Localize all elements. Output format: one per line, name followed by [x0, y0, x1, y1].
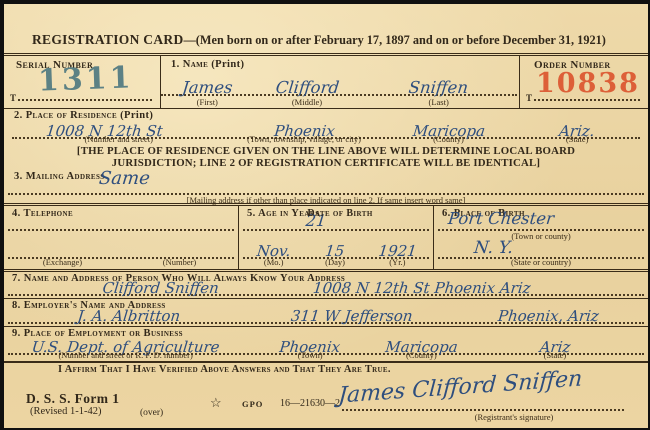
birth-state-sublabel: (State or country): [434, 257, 648, 267]
age-dotted-line: [243, 229, 429, 231]
card-title-main: REGISTRATION CARD: [32, 32, 184, 47]
order-number-cell: Order Number 10838 T: [520, 56, 648, 108]
order-number-stamp: 10838: [536, 68, 640, 99]
street-sublabel: (Number and street): [12, 134, 226, 144]
signature-dotted-line: [342, 409, 624, 411]
contact-address-value: 1008 N 12th St Phoenix Ariz: [312, 281, 644, 296]
employment-town-sublabel: (Town): [243, 350, 377, 360]
card-title: REGISTRATION CARD—(Men born on or after …: [32, 31, 606, 49]
employment-section: 9. Place of Employment or Business U.S. …: [4, 327, 648, 363]
year-sublabel: (Yr.): [366, 257, 429, 267]
telephone-sublabels: (Exchange) (Number): [4, 257, 238, 267]
affirmation-text: I Affirm That I Have Verified Above Answ…: [58, 364, 391, 375]
telephone-label: 4. Telephone: [12, 208, 73, 219]
form-number: D. S. S. Form 1: [26, 391, 119, 407]
middle-sublabel: (Middle): [254, 97, 361, 107]
name-middle-value: Clifford: [253, 80, 362, 97]
mailing-value: Same: [98, 170, 151, 188]
jurisdiction-note: [THE PLACE OF RESIDENCE GIVEN ON THE LIN…: [4, 145, 648, 169]
star-icon: ☆: [210, 395, 222, 411]
mailing-section: 3. Mailing Address Same [Mailing address…: [4, 169, 648, 206]
name-last-value: Sniffen: [359, 80, 517, 97]
name-label: 1. Name (Print): [171, 59, 244, 70]
mailing-label: 3. Mailing Address: [14, 171, 105, 182]
serial-dotted-line: [18, 99, 152, 101]
dob-sublabels: (Mo.) (Day) (Yr.): [243, 257, 429, 267]
form-revision: (Revised 1-1-42): [30, 406, 101, 417]
card-header: REGISTRATION CARD—(Men born on or after …: [4, 4, 648, 56]
card-footer: D. S. S. Form 1 (Revised 1-1-42) (over) …: [4, 378, 648, 428]
employment-sublabels: (Number and street or R. F. D. number) (…: [8, 350, 644, 360]
contact-section: 7. Name and Address of Person Who Will A…: [4, 272, 648, 299]
date-of-birth-write-line: Nov. 15 1921: [243, 242, 429, 257]
state-sublabel: (State): [514, 134, 640, 144]
employer-city-value: Phoenix, Ariz: [452, 309, 644, 324]
birth-state-value: N. Y.: [473, 240, 514, 257]
name-sublabels: (First) (Middle) (Last): [161, 97, 517, 107]
order-dotted-line: [534, 99, 640, 101]
day-sublabel: (Day): [304, 257, 365, 267]
employer-street-value: 311 W Jefferson: [249, 309, 454, 324]
exchange-sublabel: (Exchange): [4, 257, 121, 267]
signature-sublabel: (Registrant's signature): [404, 412, 624, 422]
first-sublabel: (First): [161, 97, 254, 107]
jurisdiction-note-line1: [THE PLACE OF RESIDENCE GIVEN ON THE LIN…: [4, 146, 648, 158]
name-cell: 1. Name (Print) James Clifford Sniffen (…: [161, 56, 520, 108]
over-note: (over): [140, 408, 163, 418]
identity-row: Serial Number 1311 T 1. Name (Print) Jam…: [4, 56, 648, 109]
employment-state-sublabel: (State): [466, 350, 644, 360]
number-sublabel: (Number): [121, 257, 238, 267]
gpo-imprint: GPO: [242, 399, 263, 409]
serial-number-stamp: 1311: [37, 60, 134, 98]
telephone-age-birth-row: 4. Telephone (Exchange) (Number) 5. Age …: [4, 206, 648, 272]
serial-number-cell: Serial Number 1311 T: [4, 56, 161, 108]
employer-write-line: J. A. Albritton 311 W Jefferson Phoenix,…: [8, 306, 644, 324]
town-sublabel: (Town, township, village, or city): [226, 134, 383, 144]
county-sublabel: (County): [383, 134, 515, 144]
date-of-birth-label: Date of Birth: [247, 208, 433, 219]
month-sublabel: (Mo.): [243, 257, 304, 267]
employer-section: 8. Employer's Name and Address J. A. Alb…: [4, 299, 648, 327]
name-first-value: James: [160, 80, 254, 97]
residence-sublabels: (Number and street) (Town, township, vil…: [12, 134, 640, 144]
order-t-marker: T: [526, 93, 532, 103]
telephone-cell: 4. Telephone (Exchange) (Number): [4, 206, 239, 269]
last-sublabel: (Last): [360, 97, 517, 107]
name-write-line: James Clifford Sniffen: [161, 74, 517, 96]
serial-t-marker: T: [10, 93, 16, 103]
card-title-qualifier: —(Men born on or after February 17, 1897…: [184, 33, 606, 47]
place-of-birth-cell: 6. Place of Birth Port Chester (Town or …: [434, 206, 648, 269]
age-cell: 5. Age in Years 21 Date of Birth Nov. 15…: [239, 206, 434, 269]
residence-section: 2. Place of Residence (Print) 1008 N 12t…: [4, 109, 648, 145]
gpo-print-number: 16—21630—2: [280, 398, 340, 409]
mailing-note: [Mailing address if other than place ind…: [4, 195, 648, 205]
birth-town-sublabel: (Town or county): [434, 231, 648, 241]
employment-street-sublabel: (Number and street or R. F. D. number): [8, 350, 243, 360]
registration-card: REGISTRATION CARD—(Men born on or after …: [4, 4, 648, 428]
employment-county-sublabel: (County): [377, 350, 466, 360]
birth-town-value: Port Chester: [447, 211, 555, 228]
contact-name-value: Clifford Sniffen: [7, 281, 314, 296]
contact-write-line: Clifford Sniffen 1008 N 12th St Phoenix …: [8, 278, 644, 296]
employer-name-value: J. A. Albritton: [7, 309, 250, 324]
telephone-upper-dotted-line: [8, 229, 234, 231]
